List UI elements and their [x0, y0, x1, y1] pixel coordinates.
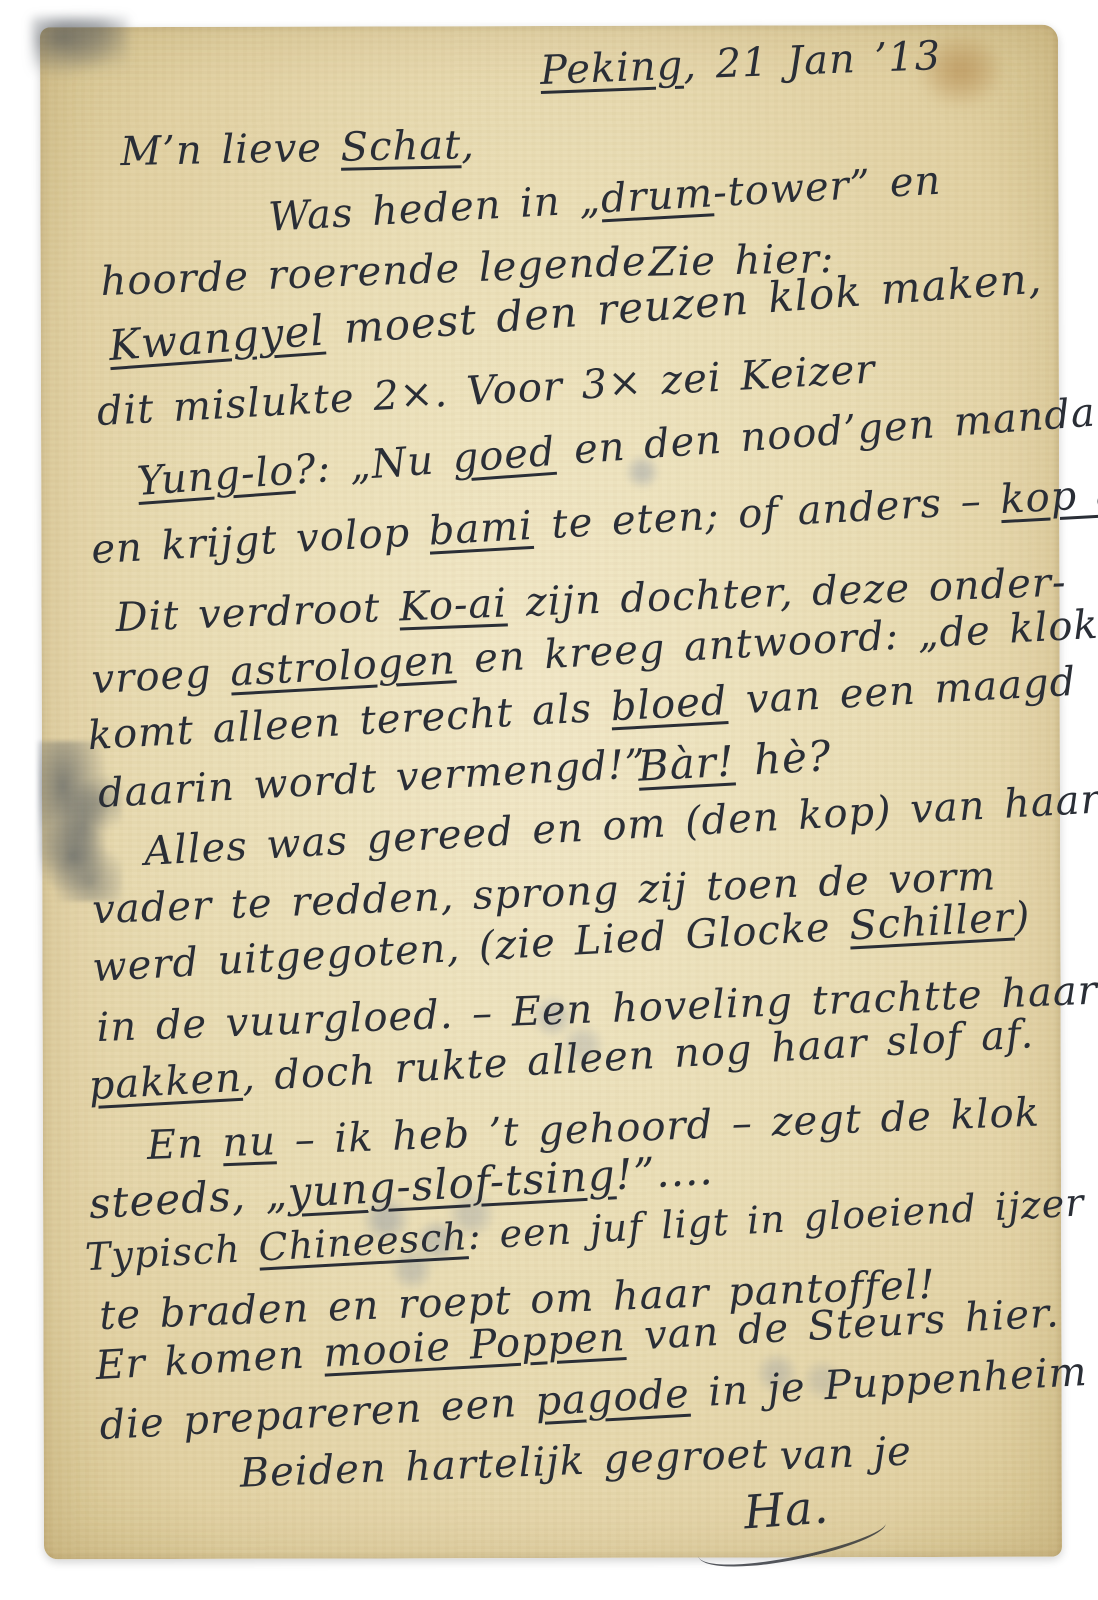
dateline: Peking, 21 Jan ’13	[539, 33, 942, 94]
closing-line: Beiden hartelijk gegroet	[239, 1431, 769, 1497]
corner-smudge-stain	[32, 17, 128, 81]
salutation: M’n lieve Schat,	[120, 122, 475, 175]
scanned-letter-photo: Peking, 21 Jan ’13 M’n lieve Schat, Was …	[0, 0, 1098, 1600]
letter-line: Was heden in „drum-tower” en	[267, 158, 942, 241]
closing-line: van je	[779, 1428, 913, 1479]
letter-line: Bàr! hè?	[637, 731, 833, 791]
ink-smudge	[38, 741, 122, 901]
letter-paper: Peking, 21 Jan ’13 M’n lieve Schat, Was …	[40, 25, 1062, 1560]
